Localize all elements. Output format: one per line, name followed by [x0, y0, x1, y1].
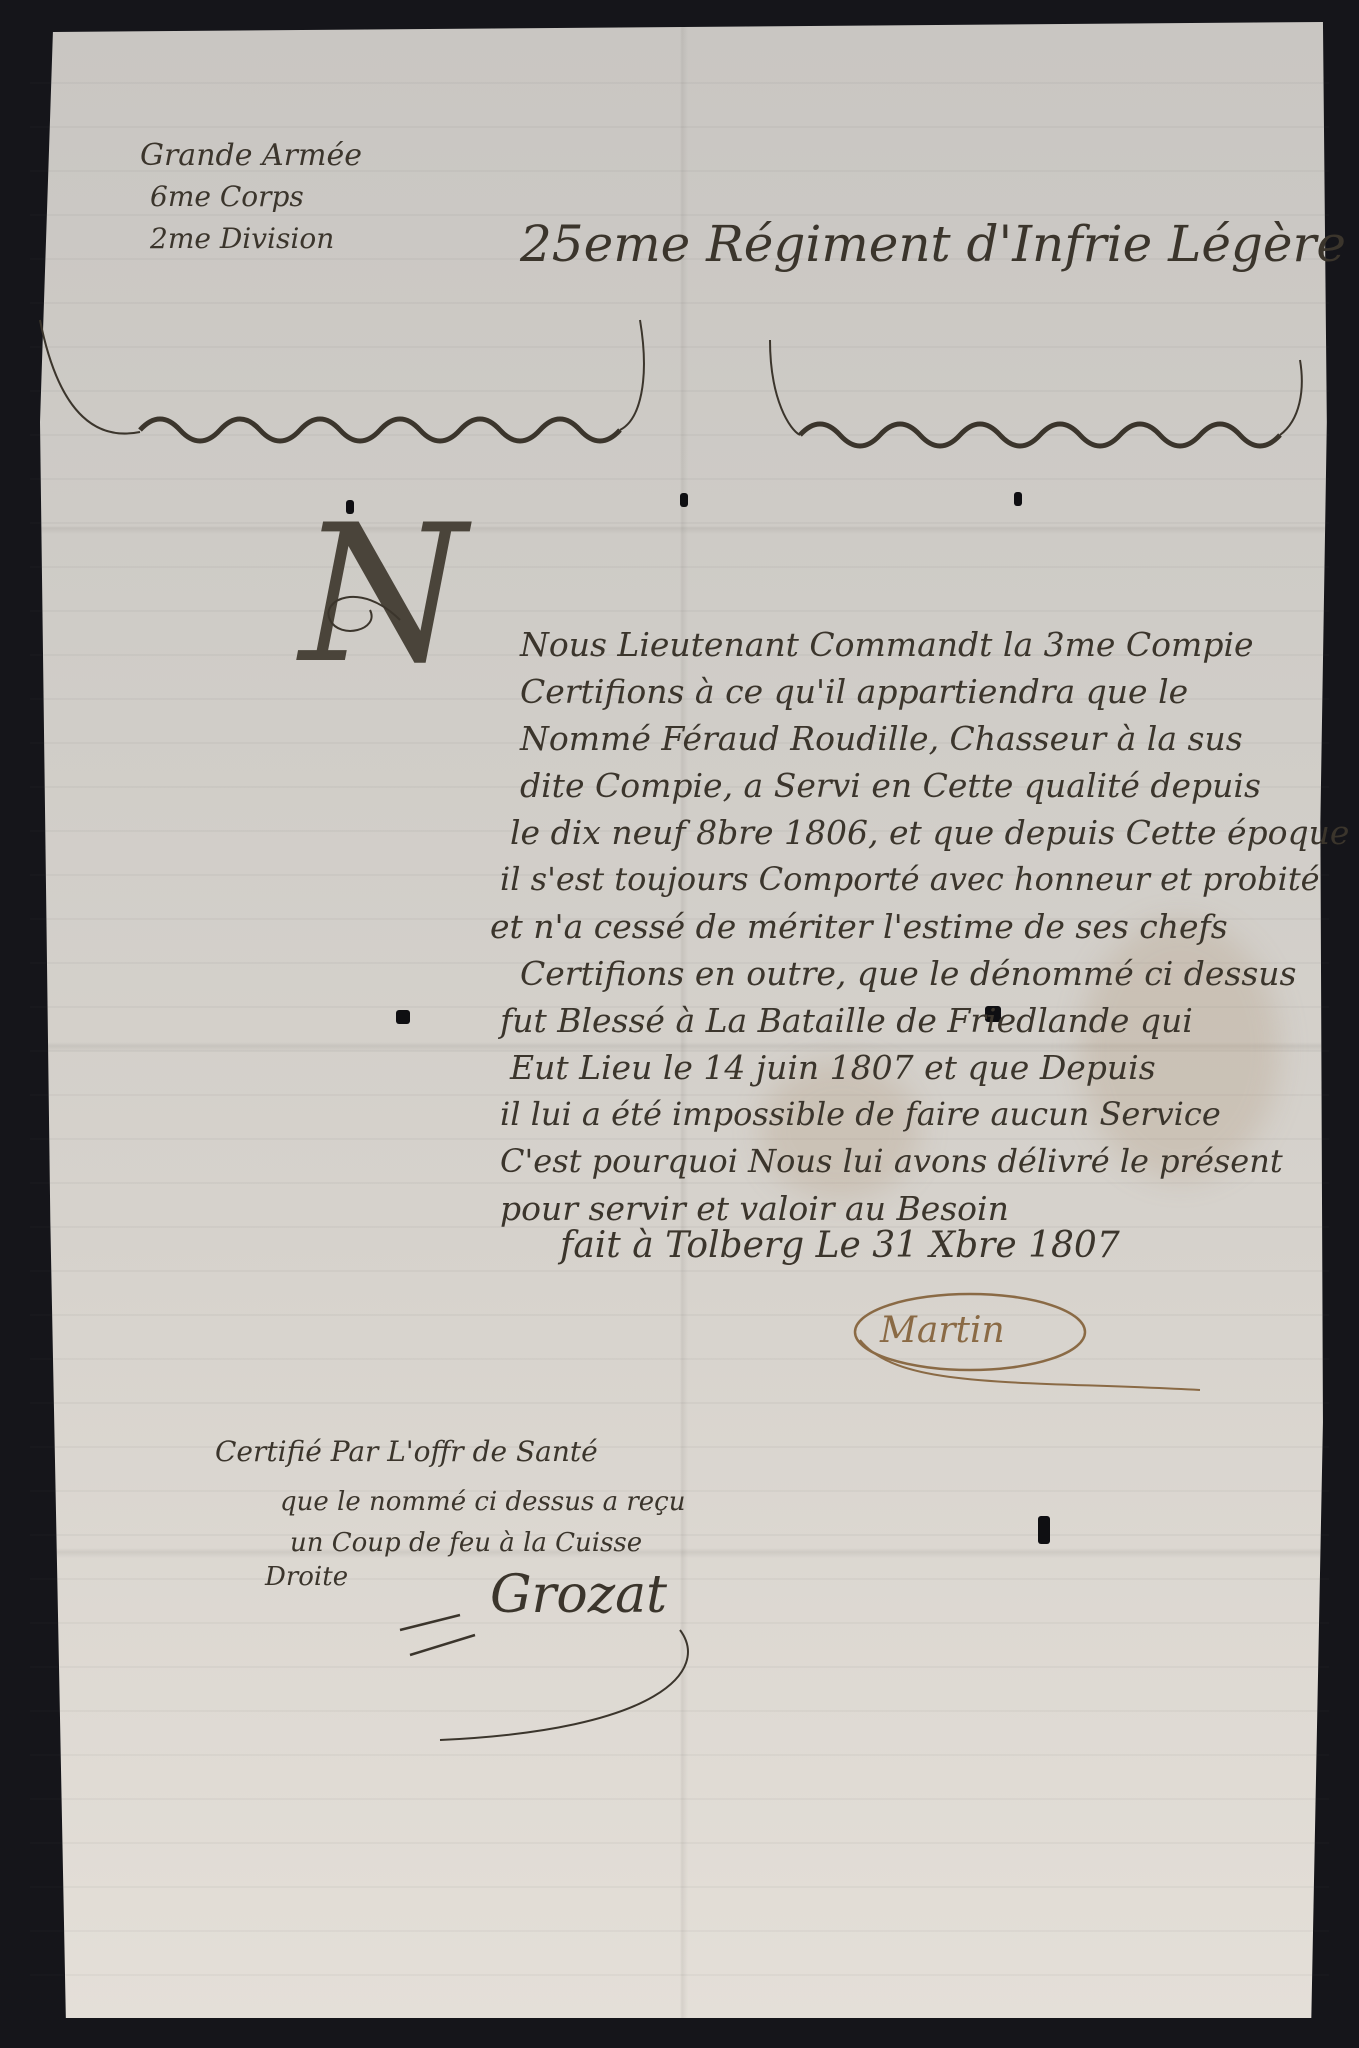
- body-line: Certifions en outre, que le dénommé ci d…: [520, 954, 1296, 993]
- body-line: le dix neuf 8bre 1806, et que depuis Cet…: [510, 813, 1349, 852]
- fold-hole: [1014, 492, 1022, 506]
- body-line: C'est pourquoi Nous lui avons délivré le…: [500, 1142, 1283, 1180]
- left-header-flourish: [20, 300, 660, 470]
- health-line: Certifié Par L'offr de Santé: [215, 1435, 598, 1468]
- fold-hole: [680, 493, 688, 507]
- body-line: et n'a cessé de mériter l'estime de ses …: [490, 907, 1228, 946]
- health-signature-flourish: [380, 1610, 720, 1750]
- header-left-line3: 2me Division: [150, 222, 334, 255]
- fold-hole: [1038, 1516, 1050, 1544]
- health-line: Droite: [265, 1562, 348, 1592]
- body-line: il lui a été impossible de faire aucun S…: [500, 1095, 1221, 1133]
- initial-swash: [300, 560, 480, 660]
- body-line: dite Compie, a Servi en Cette qualité de…: [520, 766, 1261, 805]
- body-line: pour servir et valoir au Besoin: [500, 1189, 1009, 1228]
- signature-martin: Martin: [880, 1310, 1005, 1351]
- body-line: Nous Lieutenant Commandt la 3me Compie: [520, 625, 1254, 664]
- body-line: Eut Lieu le 14 juin 1807 et que Depuis: [510, 1048, 1156, 1087]
- body-line: Certifions à ce qu'il appartiendra que l…: [520, 672, 1188, 711]
- fold-hole: [396, 1010, 410, 1024]
- body-line: fut Blessé à La Bataille de Friedlande q…: [500, 1001, 1193, 1040]
- place-date: fait à Tolberg Le 31 Xbre 1807: [560, 1225, 1120, 1266]
- health-line: que le nommé ci dessus a reçu: [280, 1487, 685, 1517]
- health-line: un Coup de feu à la Cuisse: [290, 1528, 642, 1558]
- body-line: il s'est toujours Comporté avec honneur …: [500, 860, 1320, 898]
- right-header-flourish: [760, 340, 1320, 480]
- regiment-title: 25eme Régiment d'Infrie Légère: [520, 215, 1346, 273]
- header-left-line1: Grande Armée: [140, 138, 362, 173]
- header-left-line2: 6me Corps: [150, 180, 304, 213]
- body-line: Nommé Féraud Roudille, Chasseur à la sus: [520, 719, 1243, 758]
